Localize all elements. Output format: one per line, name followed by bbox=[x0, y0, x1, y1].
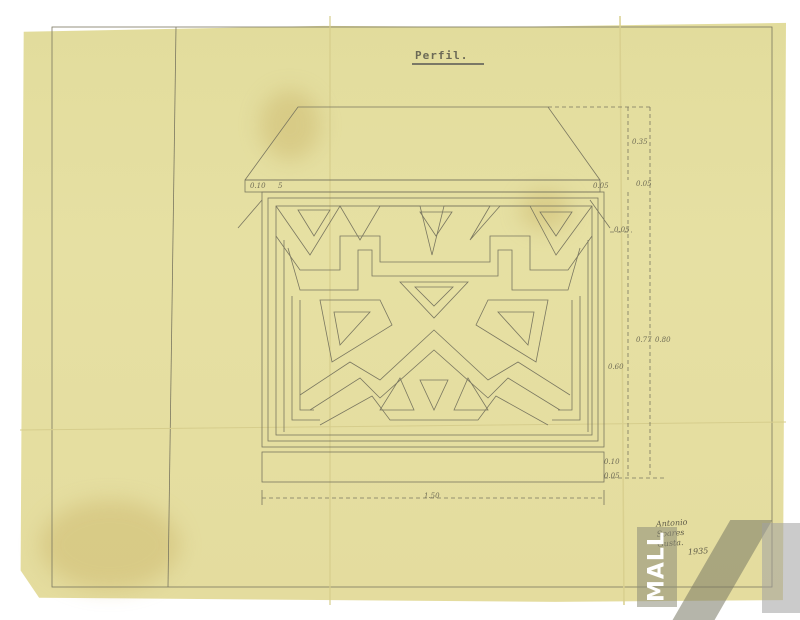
dimension-base-height: 0.10 bbox=[604, 458, 620, 466]
dimension-right-eave: 0.05 bbox=[593, 182, 609, 190]
roof-outline bbox=[245, 107, 600, 180]
dimension-overall-width: 1.50 bbox=[424, 492, 440, 500]
sheet-border bbox=[52, 27, 772, 587]
base-plinth bbox=[262, 452, 604, 482]
dimension-inner-offset: 0.05 bbox=[614, 226, 630, 234]
dimension-left-eave: 0.10 bbox=[250, 182, 266, 190]
watermark-block bbox=[762, 523, 800, 613]
page-title: Perfil. bbox=[415, 49, 468, 62]
dimension-eave-depth: 0.05 bbox=[636, 180, 652, 188]
watermark-logo: MALL bbox=[637, 527, 677, 607]
dimension-body-height: 0.77 bbox=[636, 336, 652, 344]
dimension-base-bottom: 0.05 bbox=[604, 472, 620, 480]
margin-line bbox=[168, 27, 176, 587]
dimension-left-eave-small: 5 bbox=[278, 182, 282, 190]
dimension-body-height-total: 0.80 bbox=[655, 336, 671, 344]
dimension-panel-height: 0.60 bbox=[608, 363, 624, 371]
dimension-roof-height: 0.35 bbox=[632, 138, 648, 146]
title-underline bbox=[412, 63, 484, 65]
